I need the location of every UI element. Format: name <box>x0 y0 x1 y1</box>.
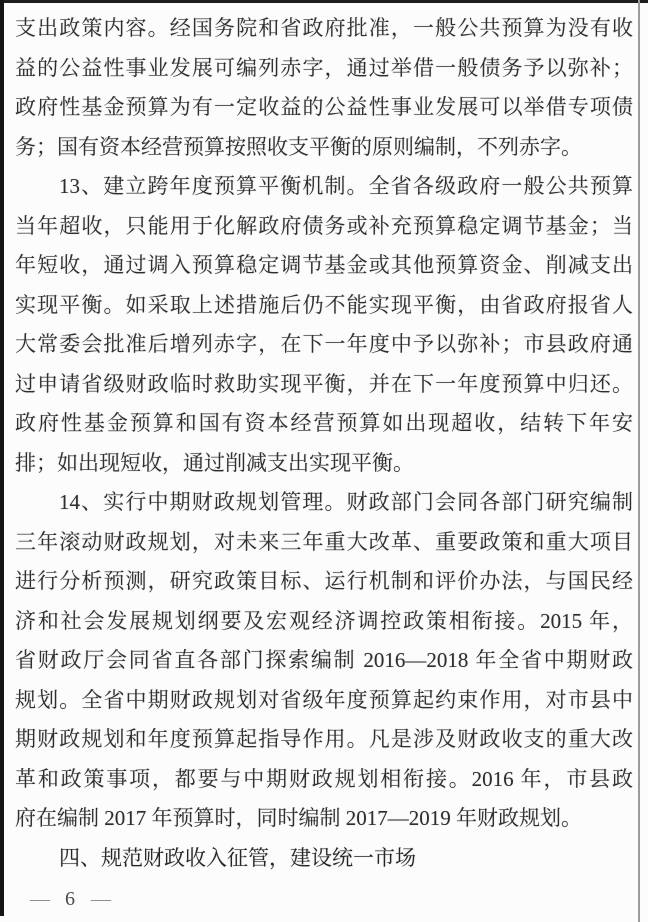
text-line: 排；如出现短收，通过削减支出实现平衡。 <box>15 444 633 484</box>
section-heading: 四、规范财政收入征管，建设统一市场 <box>15 839 633 879</box>
page-number: — 6 — <box>30 884 111 914</box>
paragraph-14-start: 14、实行中期财政规划管理。财政部门会同各部门研究编制 <box>15 483 633 523</box>
text-line: 年短收，通过调入预算稳定调节基金或其他预算资金、削减支出 <box>15 246 633 286</box>
document-body: 支出政策内容。经国务院和省政府批准，一般公共预算为没有收 益的公益性事业发展可编… <box>15 9 633 878</box>
text-line: 府在编制 2017 年预算时，同时编制 2017—2019 年财政规划。 <box>15 799 633 839</box>
text-line: 三年滚动财政规划，对未来三年重大改革、重要政策和重大项目 <box>15 523 633 563</box>
text-line: 过申请省级财政临时救助实现平衡，并在下一年度预算中归还。 <box>15 365 633 405</box>
text-line: 务；国有资本经营预算按照收支平衡的原则编制，不列赤字。 <box>15 128 633 168</box>
text-line: 益的公益性事业发展可编列赤字，通过举借一般债务予以弥补； <box>15 49 633 89</box>
scan-edge-left <box>0 0 4 916</box>
text-line: 济和社会发展规划纲要及宏观经济调控政策相衔接。2015 年， <box>15 602 633 642</box>
text-line: 大常委会批准后增列赤字，在下一年度中予以弥补；市县政府通 <box>15 325 633 365</box>
text-line: 政府性基金预算为有一定收益的公益性事业发展可以举借专项债 <box>15 88 633 128</box>
text-line: 政府性基金预算和国有资本经营预算如出现超收，结转下年安 <box>15 404 633 444</box>
scan-edge-right <box>638 0 640 922</box>
text-line: 期财政规划和年度预算起指导作用。凡是涉及财政收支的重大改 <box>15 720 633 760</box>
text-line: 支出政策内容。经国务院和省政府批准，一般公共预算为没有收 <box>15 9 633 49</box>
text-line: 当年超收，只能用于化解政府债务或补充预算稳定调节基金；当 <box>15 207 633 247</box>
text-line: 省财政厅会同省直各部门探索编制 2016—2018 年全省中期财政 <box>15 641 633 681</box>
text-line: 革和政策事项，都要与中期财政规划相衔接。2016 年，市县政 <box>15 760 633 800</box>
scan-edge-top <box>0 0 648 3</box>
text-line: 实现平衡。如采取上述措施后仍不能实现平衡，由省政府报省人 <box>15 286 633 326</box>
document-page: 支出政策内容。经国务院和省政府批准，一般公共预算为没有收 益的公益性事业发展可编… <box>0 0 648 922</box>
text-line: 进行分析预测，研究政策目标、运行机制和评价办法，与国民经 <box>15 562 633 602</box>
page-number-dash-left: — <box>30 884 50 914</box>
page-number-value: 6 <box>65 884 76 914</box>
paragraph-13-start: 13、建立跨年度预算平衡机制。全省各级政府一般公共预算 <box>15 167 633 207</box>
page-number-dash-right: — <box>91 884 111 914</box>
text-line: 规划。全省中期财政规划对省级年度预算起约束作用，对市县中 <box>15 681 633 721</box>
